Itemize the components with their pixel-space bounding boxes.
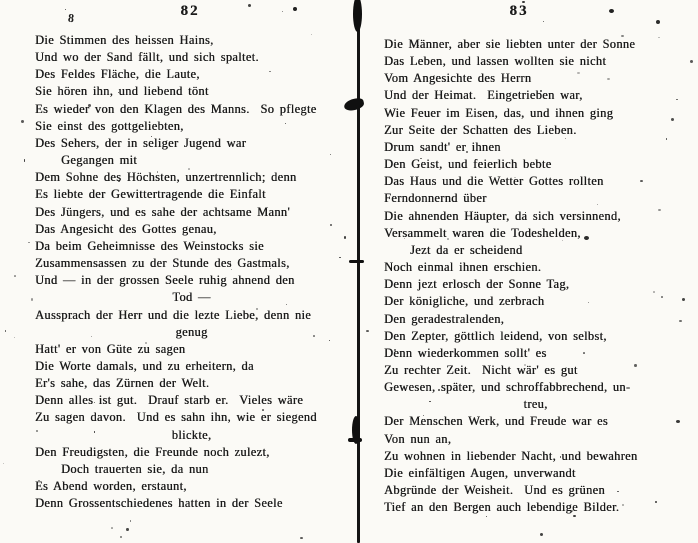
poem-line: Der königliche, und zerbrach	[384, 293, 687, 310]
poem-line: Aussprach der Herr und die lezte Liebe, …	[35, 307, 348, 324]
poem-line: Tod —	[35, 289, 348, 306]
poem-line: Und — in der grossen Seele ruhig ahnend …	[35, 272, 348, 289]
poem-line: Denn Grossentschiedenes hatten in der Se…	[35, 495, 348, 512]
poem-line: Gewesen, später, und schroffabbrechend, …	[384, 379, 687, 396]
poem-line: Vom Angesichte des Herrn	[384, 70, 687, 87]
poem-line: Es liebte der Gewittertragende die Einfa…	[35, 186, 348, 203]
ink-mark: 8	[67, 11, 75, 27]
poem-line: Es Abend worden, erstaunt,	[35, 478, 348, 495]
poem-line: Den Zepter, göttlich leidend, von selbst…	[384, 328, 687, 345]
poem-line: Und der Heimat. Eingetrieben war,	[384, 87, 687, 104]
poem-line: Das Angesicht des Gottes genau,	[35, 221, 348, 238]
poem-line: Zu rechter Zeit. Nicht wär' es gut	[384, 362, 687, 379]
poem-line: Sie hören ihn, und liebend tönt	[35, 83, 348, 100]
poem-line: Denn jezt erlosch der Sonne Tag,	[384, 276, 687, 293]
poem-line: Hatt' er von Güte zu sagen	[35, 341, 348, 358]
poem-line: Des Jüngers, und es sahe der achtsame Ma…	[35, 204, 348, 221]
poem-line: Das Haus und die Wetter Gottes rollten	[384, 173, 687, 190]
poem-line: Noch einmal ihnen erschien.	[384, 259, 687, 276]
poem-line: Es wieder von den Klagen des Manns. So p…	[35, 101, 348, 118]
poem-line: Drum sandt' er ihnen	[384, 139, 687, 156]
poem-line: Zur Seite der Schatten des Lieben.	[384, 122, 687, 139]
poem-line: treu,	[384, 396, 687, 413]
left-page-text: Die Stimmen des heissen Hains,Und wo der…	[35, 32, 348, 512]
poem-line: Die Worte damals, und zu erheitern, da	[35, 358, 348, 375]
poem-line: Das Leben, und lassen wollten sie nicht	[384, 53, 687, 70]
poem-line: Da beim Geheimnisse des Weinstocks sie	[35, 238, 348, 255]
right-page-number: 83	[489, 3, 549, 20]
poem-line: Ferndonnernd über	[384, 190, 687, 207]
poem-line: Er's sahe, das Zürnen der Welt.	[35, 375, 348, 392]
poem-line: genug	[35, 324, 348, 341]
right-page: 83 Die Männer, aber sie liebten unter de…	[361, 0, 698, 543]
poem-line: Den Geist, und feierlich bebte	[384, 156, 687, 173]
poem-line: Die einfältigen Augen, unverwandt	[384, 465, 687, 482]
right-page-text: Die Männer, aber sie liebten unter der S…	[384, 36, 687, 516]
poem-line: Wie Feuer im Eisen, das, und ihnen ging	[384, 105, 687, 122]
poem-line: Den Freudigsten, die Freunde noch zulezt…	[35, 444, 348, 461]
poem-line: Dem Sohne des Höchsten, unzertrennlich; …	[35, 169, 348, 186]
poem-line: Zu wohnen in liebender Nacht, und bewahr…	[384, 448, 687, 465]
gutter-ink-blob	[348, 438, 362, 442]
book-gutter-line	[357, 0, 360, 543]
poem-line: Zu sagen davon. Und es sahn ihn, wie er …	[35, 409, 348, 426]
poem-line: Die ahnenden Häupter, da sich versinnend…	[384, 208, 687, 225]
poem-line: Die Stimmen des heissen Hains,	[35, 32, 348, 49]
book-scan: 82 8 Die Stimmen des heissen Hains,Und w…	[0, 0, 698, 543]
poem-line: Abgründe der Weisheit. Und es grünen	[384, 482, 687, 499]
poem-line: Gegangen mit	[35, 152, 348, 169]
poem-line: Und wo der Sand fällt, und sich spaltet.	[35, 49, 348, 66]
poem-line: Des Sehers, der in seliger Jugend war	[35, 135, 348, 152]
poem-line: Von nun an,	[384, 431, 687, 448]
left-page-number: 82	[160, 3, 220, 20]
poem-line: Doch trauerten sie, da nun	[35, 461, 348, 478]
poem-line: Des Feldes Fläche, die Laute,	[35, 66, 348, 83]
poem-line: Die Männer, aber sie liebten unter der S…	[384, 36, 687, 53]
poem-line: Jezt da er scheidend	[384, 242, 687, 259]
poem-line: blickte,	[35, 427, 348, 444]
poem-line: Tief an den Bergen auch lebendige Bilder…	[384, 499, 687, 516]
poem-line: Denn wiederkommen sollt' es	[384, 345, 687, 362]
poem-line: Versammelt waren die Todeshelden,	[384, 225, 687, 242]
poem-line: Den geradestralenden,	[384, 311, 687, 328]
poem-line: Der Menschen Werk, und Freude war es	[384, 413, 687, 430]
poem-line: Sie einst des gottgeliebten,	[35, 118, 348, 135]
poem-line: Denn alles ist gut. Drauf starb er. Viel…	[35, 392, 348, 409]
left-page: 82 8 Die Stimmen des heissen Hains,Und w…	[0, 0, 357, 543]
poem-line: Zusammensassen zu der Stunde des Gastmal…	[35, 255, 348, 272]
